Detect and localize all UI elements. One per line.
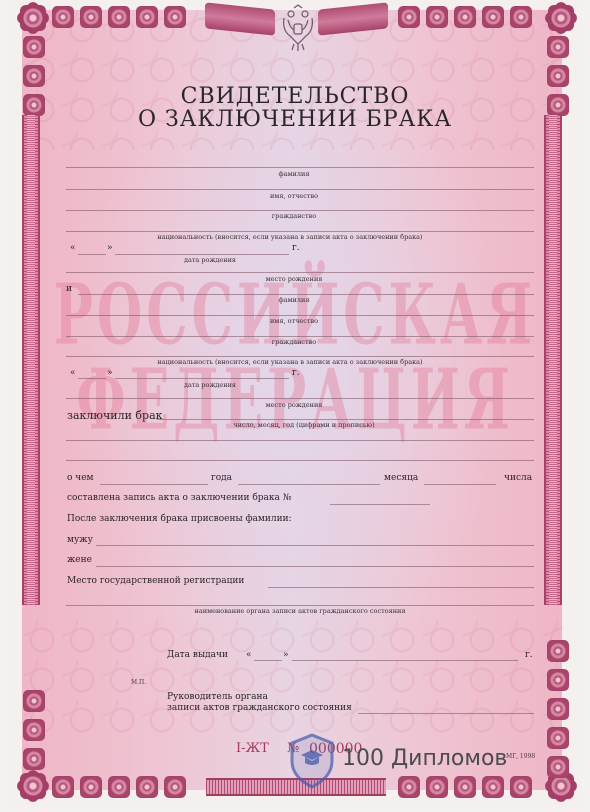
person1-birth-day-field[interactable] bbox=[78, 254, 106, 255]
marriage-date-field-line2[interactable] bbox=[66, 440, 534, 441]
husband-surname-field[interactable] bbox=[96, 545, 534, 546]
registration-place-field-line2[interactable] bbox=[66, 605, 534, 606]
border-left-bottom-tiles bbox=[23, 690, 45, 777]
caption-nationality: национальность (вносится, если указана в… bbox=[157, 358, 422, 366]
person1-name-field[interactable] bbox=[66, 189, 534, 190]
registration-place-label: Место государственной регистрации bbox=[67, 576, 244, 586]
person2-citizenship-field[interactable] bbox=[66, 336, 534, 337]
marriage-date-field-line3[interactable] bbox=[66, 460, 534, 461]
record-month-label: месяца bbox=[384, 473, 418, 483]
person1-birthplace-field[interactable] bbox=[66, 272, 534, 273]
caption-citizenship: гражданство bbox=[272, 212, 316, 220]
record-day-label: числа bbox=[504, 473, 532, 483]
serial-series: I-ЖТ bbox=[236, 741, 269, 756]
year-suffix: г. bbox=[292, 368, 300, 378]
registration-place-field[interactable] bbox=[268, 587, 534, 588]
person2-birth-month-year-field[interactable] bbox=[115, 378, 289, 379]
stamp-place-label: М.П. bbox=[131, 679, 146, 686]
record-about-label: о чем bbox=[67, 473, 94, 483]
double-headed-eagle-icon bbox=[280, 4, 316, 52]
record-number-field[interactable] bbox=[330, 504, 430, 505]
caption-marriage-date: число, месяц, год (цифрами и прописью) bbox=[233, 421, 374, 429]
person1-birth-month-year-field[interactable] bbox=[115, 254, 289, 255]
caption-name: имя, отчество bbox=[270, 192, 318, 200]
caption-birth-date: дата рождения bbox=[184, 381, 236, 389]
record-number-label: составлена запись акта о заключении брак… bbox=[67, 493, 291, 503]
caption-registration-authority: наименование органа записи актов граждан… bbox=[195, 607, 406, 615]
record-year-field[interactable] bbox=[100, 484, 208, 485]
head-signature-field[interactable] bbox=[358, 713, 534, 714]
surnames-label: После заключения брака присвоены фамилии… bbox=[67, 514, 292, 524]
caption-birthplace: место рождения bbox=[266, 401, 323, 409]
caption-nationality: национальность (вносится, если указана в… bbox=[157, 233, 422, 241]
person1-nationality-field[interactable] bbox=[66, 231, 534, 232]
caption-citizenship: гражданство bbox=[272, 338, 316, 346]
quote-open: « bbox=[70, 368, 76, 378]
quote-close: » bbox=[283, 650, 289, 660]
person2-nationality-field[interactable] bbox=[66, 356, 534, 357]
graduation-cap-shield-icon bbox=[289, 733, 335, 789]
guilloche-pattern-bottom bbox=[22, 620, 562, 740]
marriage-date-field[interactable] bbox=[157, 419, 534, 420]
border-bottom-right-tiles bbox=[398, 776, 532, 798]
person1-surname-field[interactable] bbox=[66, 167, 534, 168]
issue-month-year-field[interactable] bbox=[292, 660, 518, 661]
document-title-line1: СВИДЕТЕЛЬСТВО bbox=[0, 84, 590, 109]
overlay-watermark-text: 100 Дипломов bbox=[342, 746, 507, 771]
issue-date-label: Дата выдачи bbox=[167, 650, 228, 660]
person2-name-field[interactable] bbox=[66, 315, 534, 316]
border-bottom-left-tiles bbox=[52, 776, 186, 798]
record-month-field[interactable] bbox=[238, 484, 380, 485]
year-suffix: г. bbox=[525, 650, 533, 660]
caption-surname: фамилия bbox=[279, 296, 310, 304]
border-top-left-tiles bbox=[52, 6, 186, 28]
quote-close: » bbox=[107, 368, 113, 378]
wife-label: жене bbox=[67, 555, 92, 565]
person2-surname-field[interactable] bbox=[78, 294, 534, 295]
quote-open: « bbox=[70, 243, 76, 253]
border-right-bottom-tiles bbox=[547, 640, 569, 785]
caption-surname: фамилия bbox=[279, 170, 310, 178]
quote-open: « bbox=[246, 650, 252, 660]
issue-day-field[interactable] bbox=[254, 660, 282, 661]
year-suffix: г. bbox=[292, 243, 300, 253]
person2-birth-day-field[interactable] bbox=[78, 378, 106, 379]
printer-mark: МГ, 1998 bbox=[506, 753, 535, 760]
record-year-label: года bbox=[211, 473, 232, 483]
caption-birth-date: дата рождения bbox=[184, 256, 236, 264]
document-title-line2: О ЗАКЛЮЧЕНИИ БРАКА bbox=[0, 107, 590, 132]
quote-close: » bbox=[107, 243, 113, 253]
caption-name: имя, отчество bbox=[270, 317, 318, 325]
head-label-line2: записи актов гражданского состояния bbox=[167, 703, 352, 713]
husband-label: мужу bbox=[67, 535, 93, 545]
person1-citizenship-field[interactable] bbox=[66, 210, 534, 211]
wife-surname-field[interactable] bbox=[96, 566, 534, 567]
person2-birthplace-field[interactable] bbox=[66, 398, 534, 399]
record-day-field[interactable] bbox=[424, 484, 496, 485]
head-label-line1: Руководитель органа bbox=[167, 692, 268, 702]
connector-and: и bbox=[66, 284, 72, 294]
marriage-label: заключили брак bbox=[67, 409, 163, 422]
border-top-right-tiles bbox=[398, 6, 532, 28]
caption-birthplace: место рождения bbox=[266, 275, 323, 283]
